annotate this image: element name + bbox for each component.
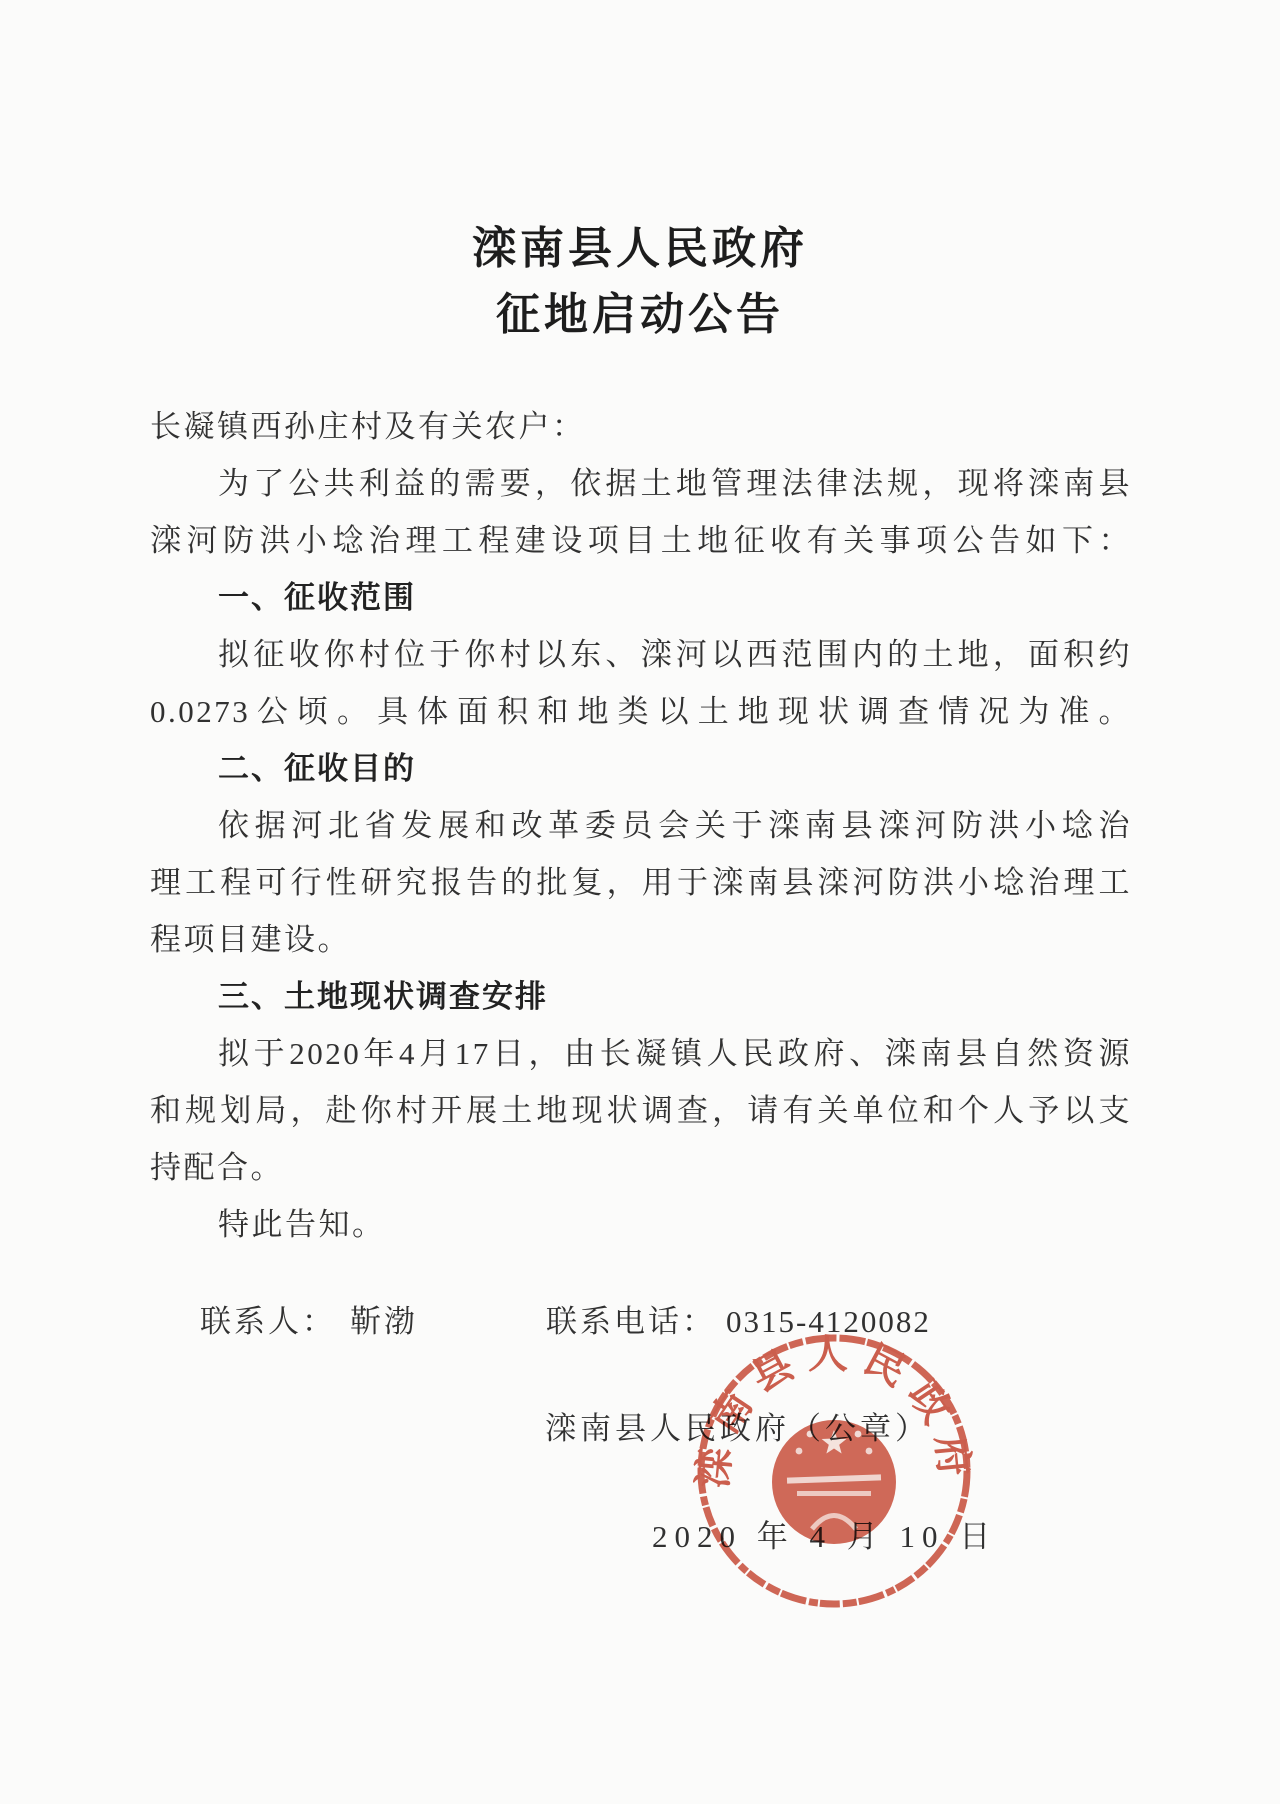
- contact-person-name: 靳渤: [350, 1304, 418, 1339]
- contact-person-label: 联系人：: [200, 1304, 336, 1339]
- body-line: 和规划局，赴你村开展土地现状调查，请有关单位和个人予以支: [150, 1082, 1132, 1139]
- body-line: 依据河北省发展和改革委员会关于滦南县滦河防洪小埝治: [150, 797, 1132, 854]
- official-seal: 滦南县人民政府: [693, 1330, 975, 1612]
- section-heading-1: 一、征收范围: [150, 569, 1132, 626]
- section-heading-2: 二、征收目的: [150, 740, 1132, 797]
- section-heading-3: 三、土地现状调查安排: [150, 968, 1132, 1025]
- closing-line: 特此告知。: [150, 1196, 1132, 1253]
- national-emblem-icon: [772, 1420, 896, 1544]
- body-line: 0.0273公顷。具体面积和地类以土地现状调查情况为准。: [150, 683, 1132, 740]
- document-title: 滦南县人民政府 征地启动公告: [0, 0, 1280, 348]
- body-line: 持配合。: [150, 1139, 1132, 1196]
- body-line: 为了公共利益的需要，依据土地管理法律法规，现将滦南县: [150, 455, 1132, 512]
- body-line: 滦河防洪小埝治理工程建设项目土地征收有关事项公告如下：: [150, 512, 1132, 569]
- body-line: 理工程可行性研究报告的批复，用于滦南县滦河防洪小埝治理工: [150, 854, 1132, 911]
- document-title-line2: 征地启动公告: [0, 282, 1280, 348]
- document-body: 长凝镇西孙庄村及有关农户： 为了公共利益的需要，依据土地管理法律法规，现将滦南县…: [0, 398, 1280, 1253]
- contact-line: 联系人：靳渤联系电话：0315-4120082: [0, 1293, 1280, 1350]
- body-line: 拟征收你村位于你村以东、滦河以西范围内的土地，面积约: [150, 626, 1132, 683]
- document-page: 滦南县人民政府 征地启动公告 长凝镇西孙庄村及有关农户： 为了公共利益的需要，依…: [0, 0, 1280, 1804]
- body-line: 程项目建设。: [150, 911, 1132, 968]
- salutation-line: 长凝镇西孙庄村及有关农户：: [150, 398, 1132, 455]
- contact-phone-label: 联系电话：: [546, 1304, 716, 1339]
- body-line: 拟于2020年4月17日，由长凝镇人民政府、滦南县自然资源: [150, 1025, 1132, 1082]
- document-title-line1: 滦南县人民政府: [0, 216, 1280, 282]
